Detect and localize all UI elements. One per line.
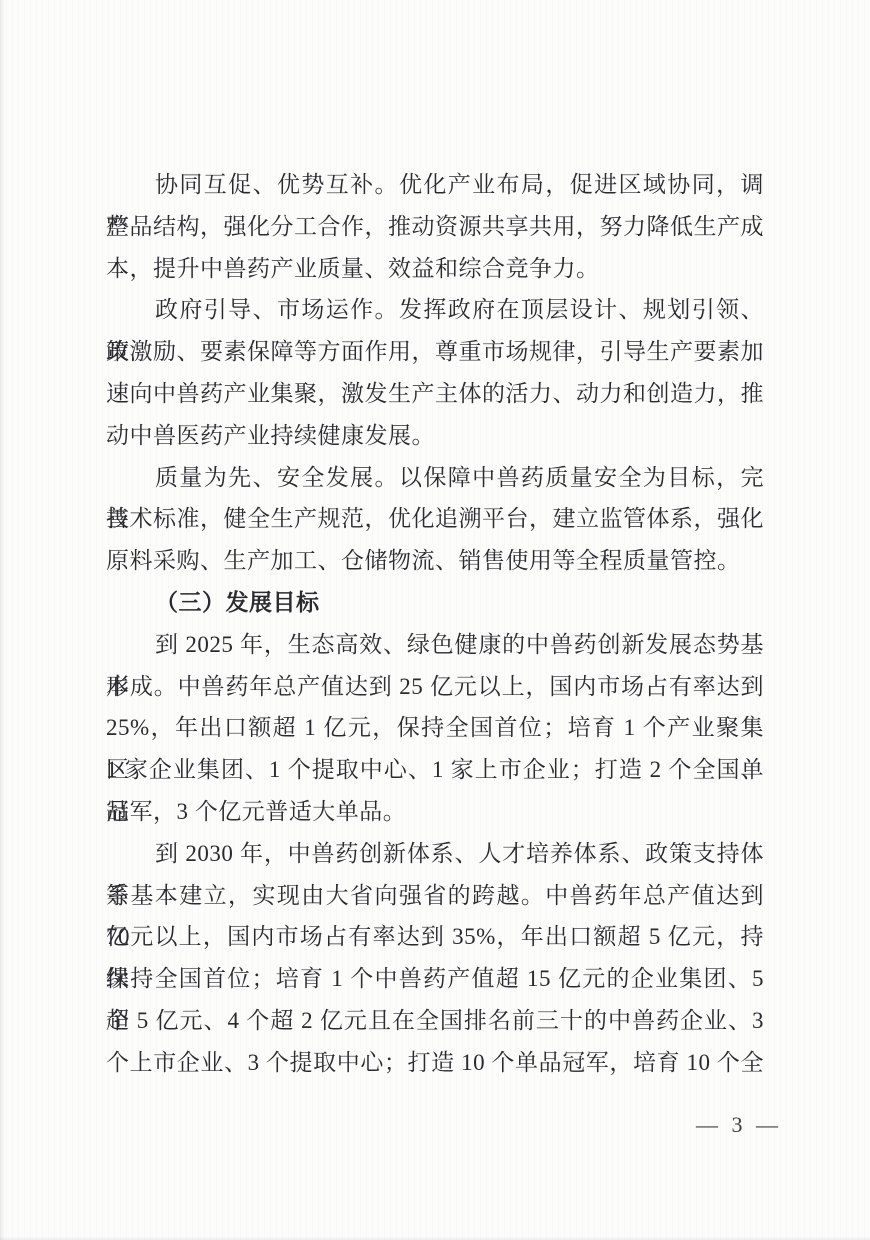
text-line: 冠军，3 个亿元普适大单品。 xyxy=(106,791,764,833)
text-line: 1 家企业集团、1 个提取中心、1 家上市企业；打造 2 个全国单品 xyxy=(106,749,764,791)
text-line: 25%，年出口额超 1 亿元，保持全国首位；培育 1 个产业聚集区、 xyxy=(106,707,764,749)
text-line: 原料采购、生产加工、仓储物流、销售使用等全程质量管控。 xyxy=(106,540,764,582)
text-line: 形成。中兽药年总产值达到 25 亿元以上，国内市场占有率达到 xyxy=(106,666,764,708)
text-line: 保持全国首位；培育 1 个中兽药产值超 15 亿元的企业集团、5 个 xyxy=(106,958,764,1000)
page-number: — 3 — xyxy=(696,1108,782,1142)
text-line: 协同互促、优势互补。优化产业布局，促进区域协同，调整 xyxy=(106,164,764,206)
text-line: 技术标准，健全生产规范，优化追溯平台，建立监管体系，强化 xyxy=(106,498,764,540)
section-heading: （三）发展目标 xyxy=(106,582,764,624)
text-line: 等基本建立，实现由大省向强省的跨越。中兽药年总产值达到 70 xyxy=(106,875,764,917)
text-line: 本，提升中兽药产业质量、效益和综合竞争力。 xyxy=(106,248,764,290)
text-line: 到 2030 年，中兽药创新体系、人才培养体系、政策支持体系 xyxy=(106,833,764,875)
text-line: 策激励、要素保障等方面作用，尊重市场规律，引导生产要素加 xyxy=(106,331,764,373)
text-line: 动中兽医药产业持续健康发展。 xyxy=(106,415,764,457)
document-page: 协同互促、优势互补。优化产业布局，促进区域协同，调整 产品结构，强化分工合作，推… xyxy=(0,0,870,1240)
text-line: 超 5 亿元、4 个超 2 亿元且在全国排名前三十的中兽药企业、3 xyxy=(106,1000,764,1042)
text-line: 速向中兽药产业集聚，激发生产主体的活力、动力和创造力，推 xyxy=(106,373,764,415)
scan-edge-left xyxy=(0,0,5,1240)
text-line: 产品结构，强化分工合作，推动资源共享共用，努力降低生产成 xyxy=(106,206,764,248)
text-line: 亿元以上，国内市场占有率达到 35%，年出口额超 5 亿元，持续 xyxy=(106,916,764,958)
text-line: 到 2025 年，生态高效、绿色健康的中兽药创新发展态势基本 xyxy=(106,624,764,666)
text-line: 政府引导、市场运作。发挥政府在顶层设计、规划引领、政 xyxy=(106,289,764,331)
scan-edge-bottom xyxy=(0,1236,870,1240)
text-line: 个上市企业、3 个提取中心；打造 10 个单品冠军，培育 10 个全 xyxy=(106,1042,764,1084)
page-body: 协同互促、优势互补。优化产业布局，促进区域协同，调整 产品结构，强化分工合作，推… xyxy=(106,164,764,1084)
text-line: 质量为先、安全发展。以保障中兽药质量安全为目标，完善 xyxy=(106,457,764,499)
